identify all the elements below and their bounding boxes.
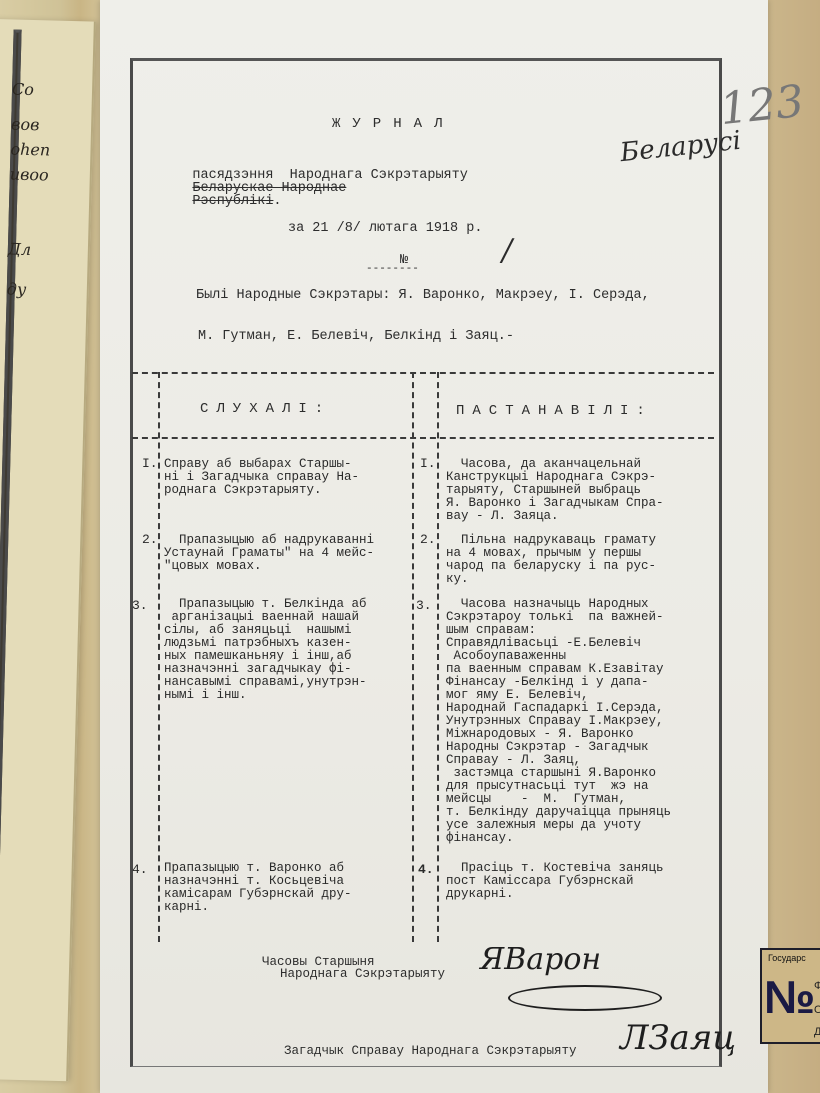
subtitle-struck-text-2: Рэспублікі [192,194,273,209]
stamp-line-fond: ФО [814,980,820,992]
handwriting-fragment: ду [7,279,27,299]
column-header-heard: СЛУХАЛI: [200,401,331,417]
secretary-title: Загадчык Справау Народнага Сэкрэтарыяту [284,1045,577,1058]
handwriting-fragment: ивоо [10,164,49,184]
chair-signature-flourish [508,985,662,1011]
stamp-line-delo: ДЕ [814,1026,820,1038]
document-title: ЖУРНАЛ [332,117,454,131]
stamp-title: Государс [768,953,806,963]
row-number-right: 3. [416,598,432,613]
table-right-number-divider [437,372,439,942]
handwriting-fragment: Дл [8,239,32,259]
heard-cell: Прапазыцыю аб надрукаваннi Устаунай Грам… [164,534,374,573]
handwriting-fragment: ohen [10,139,50,159]
table-left-number-divider [158,372,160,942]
chair-title-line-2: Народнага Сэкрэтарыяту [280,968,445,981]
secretary-signature: ЛЗаяц [620,1018,736,1058]
subtitle-line-2: Рэспублікі. [160,181,282,222]
row-number-left: I. [142,456,158,471]
heard-cell: Справу аб выбарах Старшы- нi i Загадчыка… [164,458,359,497]
row-number-right: 2. [420,532,436,547]
folder-right-edge [760,0,820,1093]
handwriting-fragment: вов [11,114,40,134]
archive-stamp: Государс № ФО ОП ДЕ [760,948,820,1044]
attendees-line-1: Былі Народные Сэкрэтары: Я. Варонко, Мак… [196,289,650,303]
stamp-number-sign: № [764,970,811,1024]
heard-cell: Прапазыцыю т. Белкiнда аб аргaнiзацыi ва… [164,598,367,702]
table-center-divider [412,372,414,942]
decided-cell: Пiльна надрукаваць грамату на 4 мовах, п… [446,534,656,586]
row-number-left: 4. [132,862,148,877]
row-number-left: 2. [142,532,158,547]
document-page: 123 ЖУРНАЛ Беларусі пасядзэння Народнага… [100,0,768,1093]
table-header-border [132,437,714,439]
decided-cell: Часова, да аканчацельнай Канструкцыi Нар… [446,458,664,523]
handwriting-fragment: Со [12,79,34,99]
heard-cell: Прапазыцыю т. Варонко аб назначэннi т. К… [164,862,352,914]
date-line: за 21 /8/ лютага 1918 р. [288,222,482,236]
row-number-right: I. [420,456,436,471]
subtitle-period: . [273,194,281,209]
decided-cell: Прасiць т. Костевiча заняць пост Камiсса… [446,862,664,901]
decided-cell: Часова назначыць Народных Сэкрэтароу тол… [446,598,671,845]
chair-signature: ЯВарон [480,942,601,977]
handwritten-number: / [502,233,512,268]
row-number-right: 4. [418,862,434,877]
column-header-decided: ПАСТАНАВIЛI: [456,403,653,419]
table-top-border [132,372,714,374]
row-number-left: 3. [132,598,148,613]
attendees-line-2: М. Гутман, Е. Белевіч, Белкінд і Заяц.- [198,330,514,344]
stamp-line-opis: ОП [814,1004,820,1016]
number-underline: -------- [366,264,419,275]
